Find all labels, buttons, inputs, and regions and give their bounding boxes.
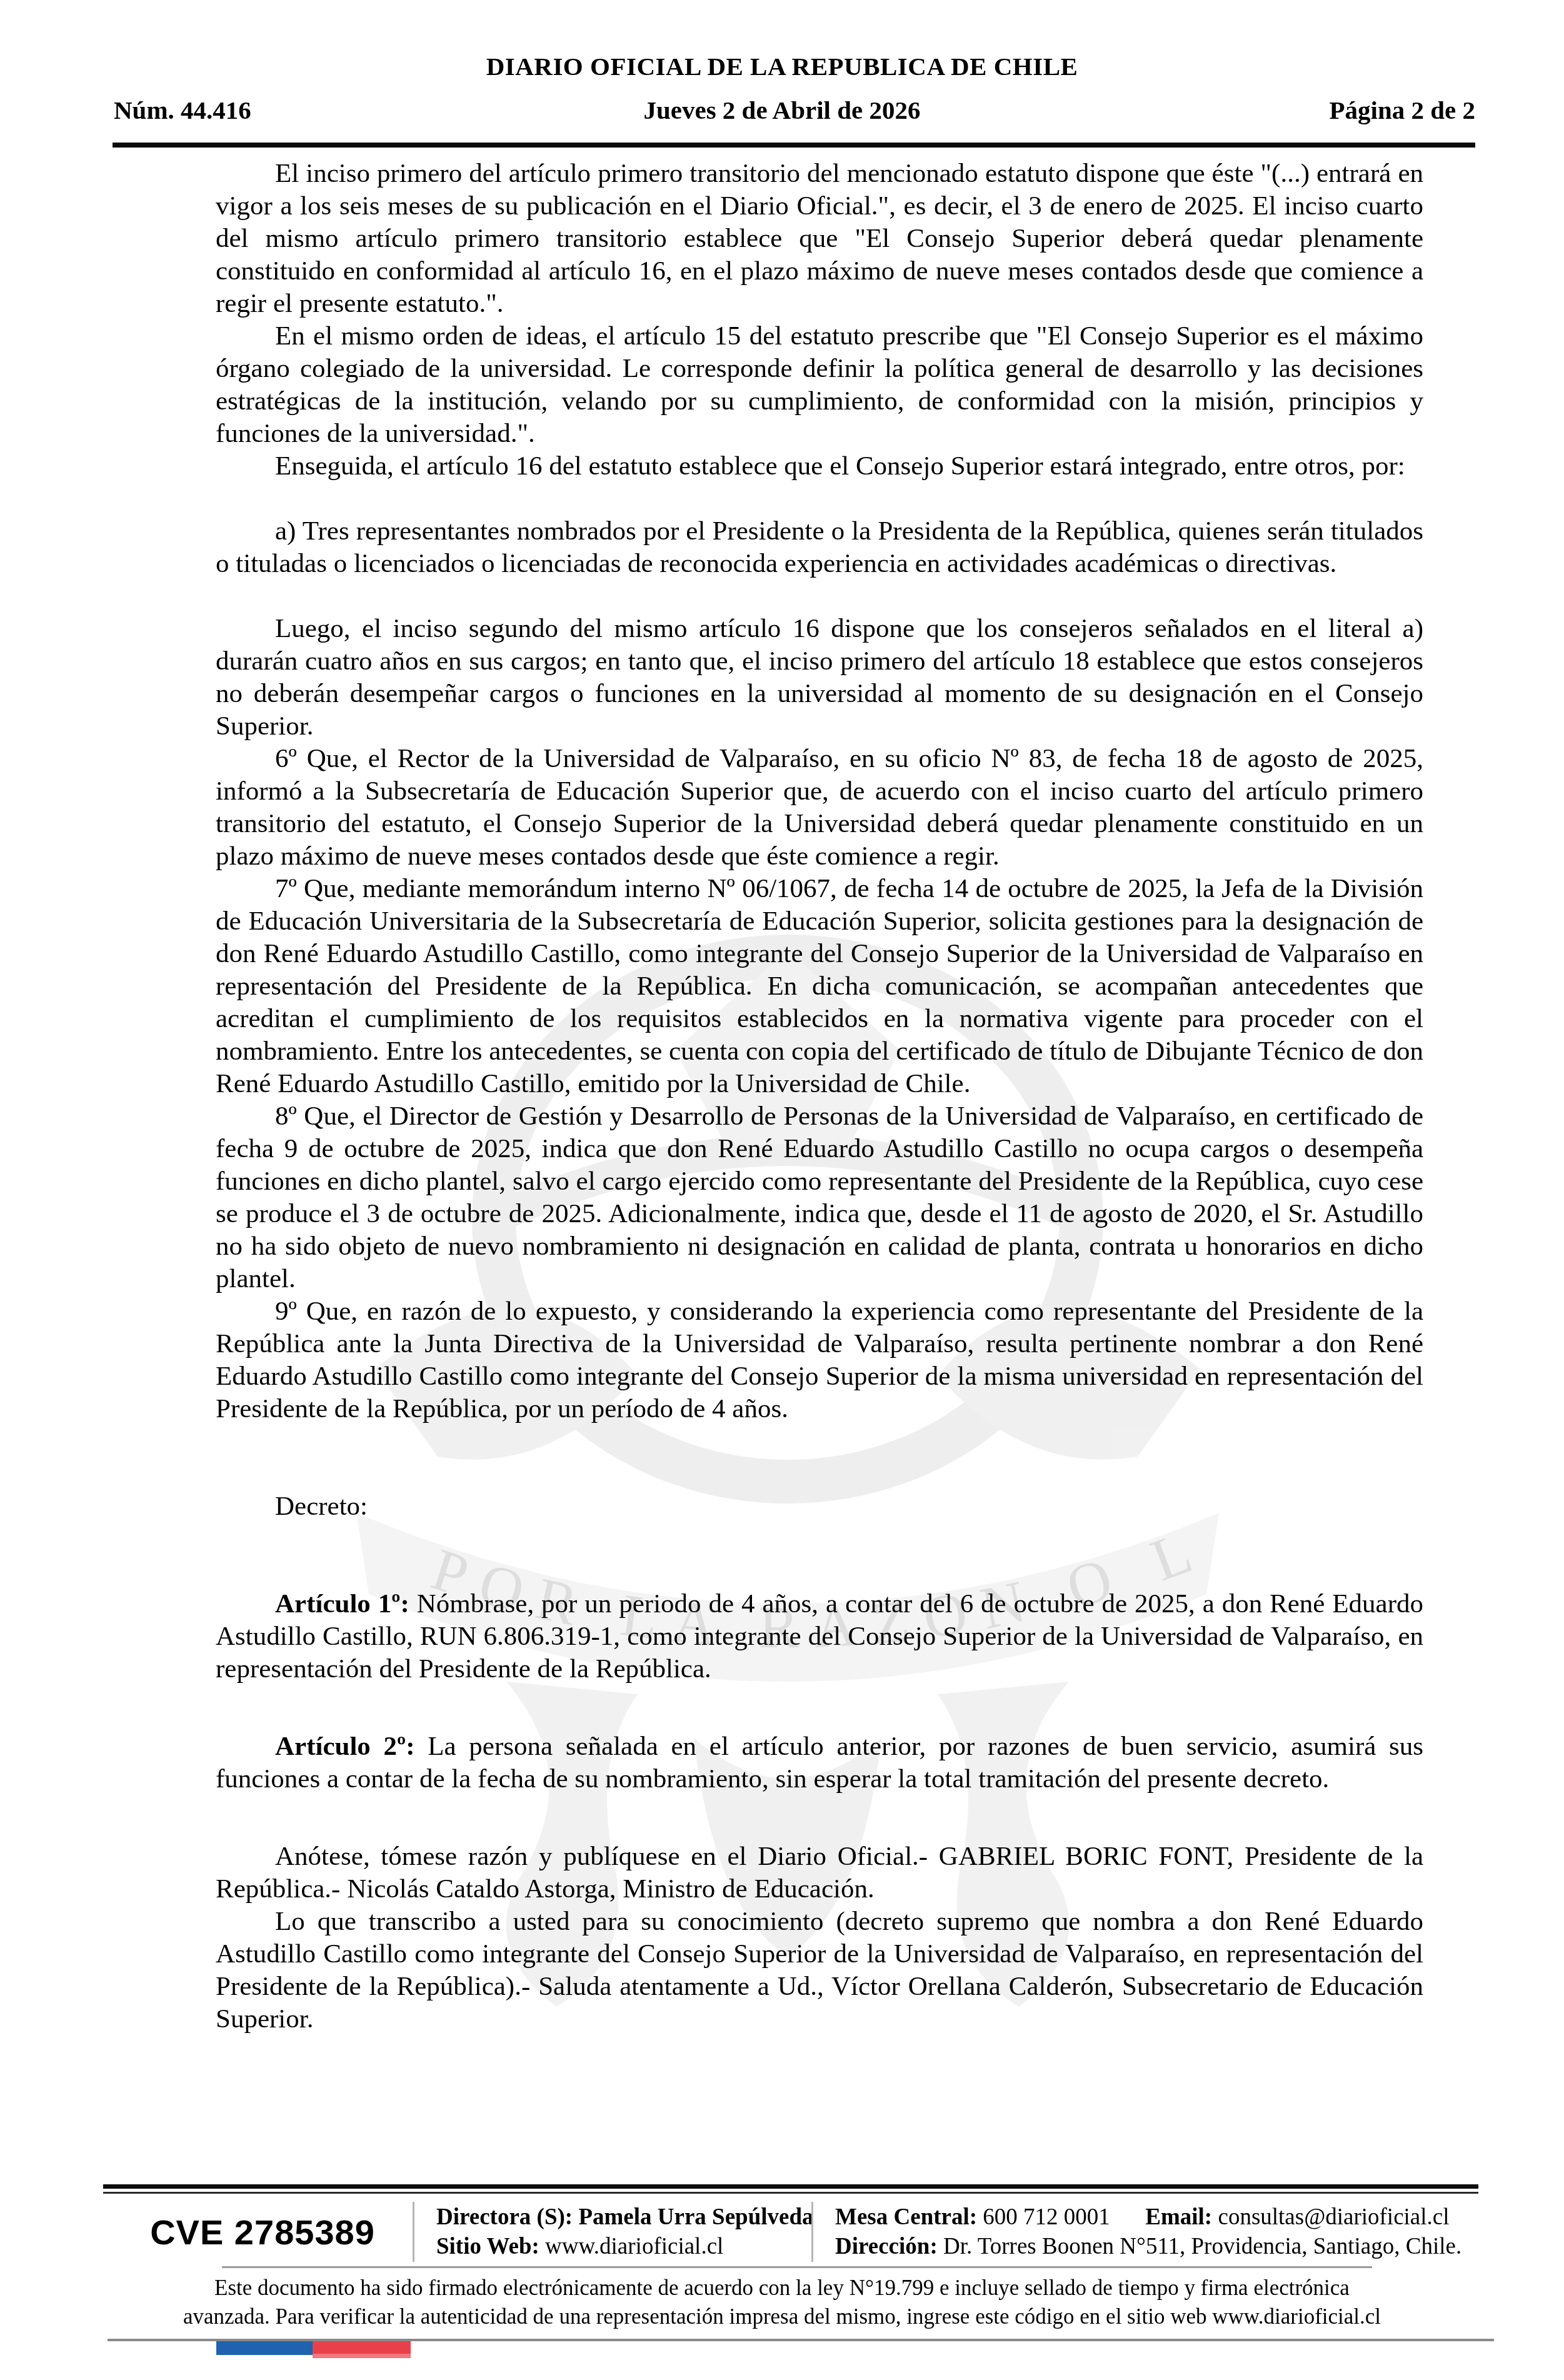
footer-contact-col-1: Directora (S): Pamela Urra Sepúlveda Sit… (414, 2202, 811, 2262)
director-line: Directora (S): Pamela Urra Sepúlveda (436, 2202, 811, 2232)
header-rule (113, 143, 1475, 148)
body-paragraph: 7º Que, mediante memorándum interno Nº 0… (216, 873, 1423, 1100)
director-label: Directora (S): (436, 2204, 573, 2230)
paragraph-lead: Artículo 1º: (275, 1589, 409, 1619)
email-value: consultas@diarioficial.cl (1218, 2204, 1449, 2230)
body-paragraph: Enseguida, el artículo 16 del estatuto e… (216, 450, 1423, 483)
phone-label: Mesa Central: (835, 2204, 977, 2230)
flag-red-block (313, 2341, 411, 2358)
body-paragraph: Luego, el inciso segundo del mismo artíc… (216, 613, 1423, 743)
body-paragraph: Anótese, tómese razón y publíquese en el… (216, 1840, 1423, 1906)
website-label: Sitio Web: (436, 2234, 539, 2259)
phone-value: 600 712 0001 (983, 2204, 1110, 2230)
website-line: Sitio Web: www.diarioficial.cl (436, 2232, 811, 2261)
body-paragraph: 8º Que, el Director de Gestión y Desarro… (216, 1100, 1423, 1295)
disclaimer-line-1: Este documento ha sido firmado electróni… (0, 2276, 1564, 2301)
body-paragraph: 9º Que, en razón de lo expuesto, y consi… (216, 1295, 1423, 1425)
address-value: Dr. Torres Boonen N°511, Providencia, Sa… (943, 2234, 1461, 2259)
director-value: Pamela Urra Sepúlveda (578, 2204, 813, 2230)
body-paragraph: Decreto: (216, 1490, 1423, 1523)
header-meta-row: Núm. 44.416 Jueves 2 de Abril de 2026 Pá… (0, 95, 1564, 126)
body-paragraph: Lo que transcribo a usted para su conoci… (216, 1906, 1423, 2036)
body-paragraph: Artículo 1º: Nómbrase, por un periodo de… (216, 1588, 1423, 1685)
page-indicator: Página 2 de 2 (1330, 95, 1476, 125)
footer-contact-col-2: Mesa Central: 600 712 0001 Email: consul… (813, 2202, 1475, 2262)
email-label: Email: (1145, 2204, 1212, 2230)
document-page: DIARIO OFICIAL DE LA REPUBLICA DE CHILE … (0, 0, 1564, 2380)
footer-rule-thin (103, 2192, 1478, 2194)
disclaimer-line-2: avanzada. Para verificar la autenticidad… (0, 2304, 1564, 2329)
website-value: www.diarioficial.cl (545, 2234, 723, 2259)
address-line: Dirección: Dr. Torres Boonen N°511, Prov… (835, 2232, 1475, 2261)
disclaimer-separator-rule (222, 2266, 1372, 2268)
decree-text: El inciso primero del artículo primero t… (216, 158, 1423, 2036)
body-paragraph: Artículo 2º: La persona señalada en el a… (216, 1730, 1423, 1795)
chile-flag-mark (216, 2341, 411, 2358)
paragraph-lead: Artículo 2º: (275, 1732, 415, 1761)
page-title: DIARIO OFICIAL DE LA REPUBLICA DE CHILE (0, 51, 1564, 81)
cve-code: CVE 2785389 (113, 2202, 413, 2262)
body-paragraph: 6º Que, el Rector de la Universidad de V… (216, 743, 1423, 873)
flag-blue-block (216, 2341, 313, 2355)
footer-info-bar: CVE 2785389 Directora (S): Pamela Urra S… (113, 2202, 1475, 2262)
body-paragraph: a) Tres representantes nombrados por el … (216, 515, 1423, 580)
address-label: Dirección: (835, 2234, 938, 2259)
footer-rule-thick (103, 2184, 1478, 2189)
phone-email-line: Mesa Central: 600 712 0001 Email: consul… (835, 2202, 1475, 2232)
body-paragraph: El inciso primero del artículo primero t… (216, 158, 1423, 320)
body-paragraph: En el mismo orden de ideas, el artículo … (216, 320, 1423, 450)
